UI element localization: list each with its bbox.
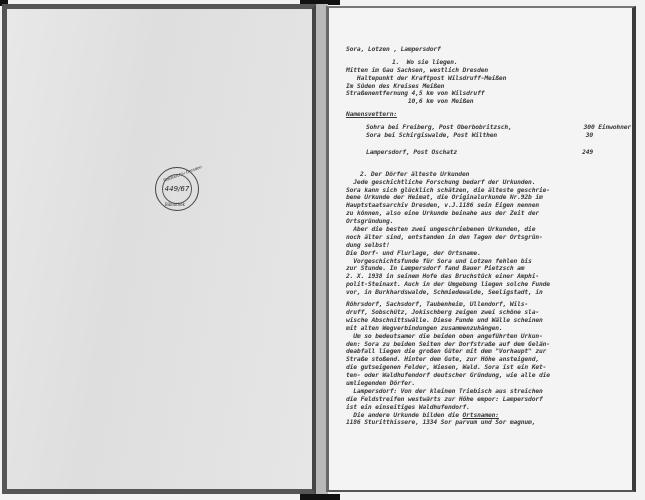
text-line: polit-Steinaxt. Auch in der Umgebung lie…	[346, 281, 631, 289]
text-line: ten- oder Waldhufendorf deutscher Gründu…	[346, 372, 631, 380]
text-line: wische Abschnittswälle. Diese Funde und …	[346, 317, 631, 325]
text-line: zu können, also eine Urkunde beinahe aus…	[346, 210, 631, 218]
text-line: Haltepunkt der Kraftpost Wilsdruff-Meiße…	[346, 75, 631, 83]
text-line: mit alten Wegverbindungen zusammenzuhäng…	[346, 325, 631, 333]
text-line: noch älter sind, entstanden in den Tagen…	[346, 234, 631, 242]
namesakes-label: Namensvettern:	[346, 111, 631, 119]
stamp-ring-bottom-text: Bibliothek	[165, 202, 185, 207]
text-line: Ortsgründung.	[346, 218, 631, 226]
typewritten-text: Sora, Lotzen , Lampersdorf 1. Wo sie lie…	[346, 46, 631, 427]
namesake-value: 300 Einwohner	[584, 124, 631, 132]
text-line: Aber die besten zwei ungeschriebenen Urk…	[346, 226, 631, 234]
scan-edge	[300, 494, 340, 500]
text-line: 10,6 km von Meißen	[346, 98, 631, 106]
right-page: Sora, Lotzen , Lampersdorf 1. Wo sie lie…	[326, 6, 636, 492]
text-line: Röhrsdorf, Sachsdorf, Taubenheim, Ullend…	[346, 301, 631, 309]
document-title: Sora, Lotzen , Lampersdorf	[346, 46, 631, 54]
text-line: ist ein einseitiges Waldhufendorf.	[346, 404, 631, 412]
text-line: vor, in Burkhardswalde, Schmiedewalde, S…	[346, 289, 631, 297]
text-line: die Feldstreifen westwärts zur Höhe empo…	[346, 396, 631, 404]
text-line: umliegenden Dörfer.	[346, 380, 631, 388]
text-line: 1186 Sturitthissere, 1334 Sor parvum und…	[346, 419, 631, 427]
left-page-paper	[7, 9, 312, 489]
library-stamp: Stadtarchiv Dresden 449/67 Bibliothek	[155, 167, 199, 211]
text-line: dung selbst!	[346, 242, 631, 250]
text-fragment: Die andere Urkunde bilden die	[346, 412, 463, 419]
namesake-row: Sohra bei Freiberg, Post Oberbobritzsch,…	[346, 124, 631, 132]
text-line: die gutseigenen Felder, Wiesen, Wald. So…	[346, 364, 631, 372]
namesake-place: Sohra bei Freiberg, Post Oberbobritzsch,	[366, 124, 512, 132]
text-line: druff, Sobschütz, Jokischberg zeigen zwe…	[346, 309, 631, 317]
text-line: Jede geschichtliche Forschung bedarf der…	[346, 179, 631, 187]
left-page	[2, 4, 316, 494]
text-line: Straße stoßend. Hinter dem Gute, zur Höh…	[346, 356, 631, 364]
ortsnamen-label: Ortsnamen:	[463, 412, 499, 419]
section-1-heading: 1. Wo sie liegen.	[346, 59, 631, 67]
text-line: Die Dorf- und Flurlage, der Ortsname.	[346, 250, 631, 258]
text-line: Mitten im Gau Sachsen, westlich Dresden	[346, 67, 631, 75]
namesake-place: Sora bei Schirgiswalde, Post Wilthen	[366, 132, 497, 140]
namesake-row: Lampersdorf, Post Oschatz 249	[346, 149, 631, 157]
text-line: Um so bedeutsamer die beiden oben angefü…	[346, 333, 631, 341]
section-2-heading: 2. Der Dörfer älteste Urkunden	[346, 171, 631, 179]
namesake-value: 249	[553, 149, 631, 157]
namesake-place: Lampersdorf, Post Oschatz	[366, 149, 457, 157]
namesake-row: Sora bei Schirgiswalde, Post Wilthen 30	[346, 132, 631, 140]
namesake-value: 30	[553, 132, 631, 140]
stamp-number: 449/67	[165, 185, 190, 193]
text-line: Lampersdorf: Von der kleinen Triebisch a…	[346, 388, 631, 396]
